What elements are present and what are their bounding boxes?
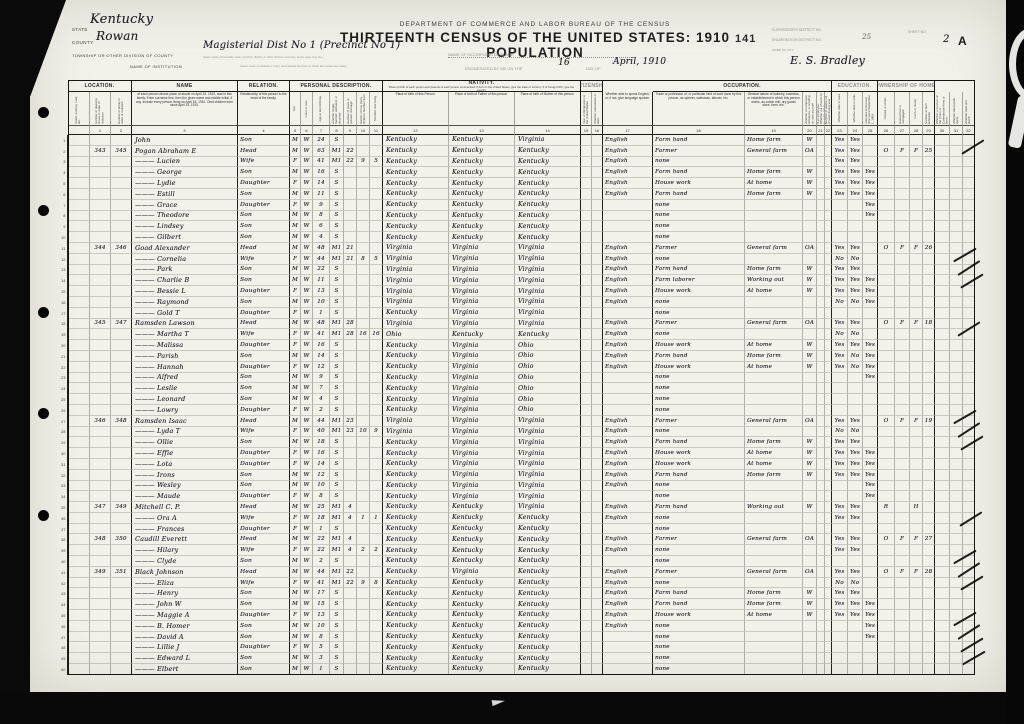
cell-farm_schedule: [923, 621, 935, 632]
cell-name: John: [132, 135, 238, 146]
census-row: 6——— EstillSonMW11SKentuckyKentuckyKentu…: [58, 189, 975, 200]
cell-deaf: [963, 481, 975, 492]
cell-relation: Son: [238, 481, 290, 492]
cell-dwelling: [90, 437, 111, 448]
cell-color: W: [301, 664, 313, 675]
cell-name: ——— Parish: [132, 351, 238, 362]
cell-free_mortgaged: F: [895, 243, 910, 254]
cell-sex: M: [290, 502, 301, 513]
cell-owned_rented: [878, 578, 895, 589]
col-number-weeks_out: 22: [825, 125, 832, 135]
cell-occupation: none: [653, 297, 745, 308]
cell-blind: [950, 211, 963, 222]
cell-occupation: none: [653, 200, 745, 211]
cell-name: ——— Lillie J: [132, 642, 238, 653]
cell-naturalized: [592, 394, 603, 405]
cell-name: ——— Park: [132, 265, 238, 276]
cell-out_of_work: [817, 534, 825, 545]
cell-weeks_out: [825, 502, 832, 513]
cell-family: [111, 254, 132, 265]
cell-children_born: [357, 502, 370, 513]
cell-farm_schedule: 27: [923, 534, 935, 545]
cell-civil_war: [935, 664, 950, 675]
cell-farm_house: F: [910, 243, 923, 254]
cell-family: [111, 437, 132, 448]
cell-birthplace: Kentucky: [383, 567, 449, 578]
cell-relation: Wife: [238, 329, 290, 340]
census-row: 7——— GraceDaughterFW9SKentuckyKentuckyKe…: [58, 200, 975, 211]
county-label: County: [72, 40, 93, 45]
cell-children_born: [357, 459, 370, 470]
cell-birthplace: Virginia: [383, 297, 449, 308]
cell-birthplace_father: Virginia: [449, 319, 515, 330]
cell-write: Yes: [848, 340, 863, 351]
cell-occupation: none: [653, 383, 745, 394]
cell-farm_schedule: [923, 178, 935, 189]
cell-marital: M1: [330, 243, 344, 254]
cell-naturalized: [592, 578, 603, 589]
cell-age: 41: [313, 578, 330, 589]
cell-sex: F: [290, 405, 301, 416]
census-row: 30——— EffieDaughterFW16SKentuckyVirginia…: [58, 448, 975, 459]
department-line: DEPARTMENT OF COMMERCE AND LABOR BUREAU …: [320, 21, 750, 28]
cell-years_married: [344, 362, 357, 373]
cell-lineno: 39: [58, 545, 68, 556]
cell-street: [68, 329, 90, 340]
cell-deaf: [963, 189, 975, 200]
cell-dwelling: [90, 588, 111, 599]
cell-blind: [950, 394, 963, 405]
col-header-owned_rented: Owned or rented: [878, 92, 895, 125]
cell-employment: W: [803, 459, 817, 470]
cell-dwelling: [90, 308, 111, 319]
cell-name: ——— Raymond: [132, 297, 238, 308]
cell-name: ——— Maggie A: [132, 610, 238, 621]
cell-sex: M: [290, 416, 301, 427]
cell-marital: S: [330, 470, 344, 481]
cell-family: [111, 232, 132, 243]
cell-farm_schedule: [923, 556, 935, 567]
cell-write: Yes: [848, 567, 863, 578]
cell-sex: M: [290, 275, 301, 286]
cell-street: [68, 405, 90, 416]
cell-deaf: [963, 534, 975, 545]
cell-years_married: [344, 275, 357, 286]
cell-owned_rented: [878, 664, 895, 675]
cell-birthplace_father: Virginia: [449, 383, 515, 394]
cell-birthplace_mother: Kentucky: [515, 599, 581, 610]
cell-occupation: Farm hand: [653, 265, 745, 276]
cell-employment: W: [803, 265, 817, 276]
cell-farm_house: F: [910, 416, 923, 427]
col-number-civil_war: 30: [935, 125, 950, 135]
cell-farm_house: [910, 340, 923, 351]
cell-birthplace_mother: Ohio: [515, 373, 581, 384]
cell-birthplace: Kentucky: [383, 232, 449, 243]
cell-employment: OA: [803, 416, 817, 427]
cell-immigration_year: [581, 200, 592, 211]
cell-civil_war: [935, 437, 950, 448]
cell-employment: [803, 308, 817, 319]
cell-birthplace: Kentucky: [383, 383, 449, 394]
cell-children_living: [370, 481, 383, 492]
col-header-english: Whether able to speak English; or, if no…: [603, 92, 653, 125]
cell-birthplace_father: Virginia: [449, 405, 515, 416]
cell-lineno: 30: [58, 448, 68, 459]
cell-deaf: [963, 297, 975, 308]
cell-english: English: [603, 588, 653, 599]
cell-employment: OA: [803, 146, 817, 157]
cell-dwelling: [90, 275, 111, 286]
cell-blind: [950, 437, 963, 448]
cell-children_living: [370, 308, 383, 319]
cell-free_mortgaged: [895, 286, 910, 297]
cell-weeks_out: [825, 437, 832, 448]
cell-weeks_out: [825, 632, 832, 643]
cell-deaf: [963, 459, 975, 470]
cell-marital: M1: [330, 427, 344, 438]
cell-years_married: [344, 200, 357, 211]
cell-school: Yes: [863, 211, 878, 222]
cell-free_mortgaged: F: [895, 146, 910, 157]
cell-occupation: Farmer: [653, 243, 745, 254]
cell-farm_house: [910, 610, 923, 621]
cell-naturalized: [592, 599, 603, 610]
cell-owned_rented: [878, 448, 895, 459]
cell-farm_house: [910, 642, 923, 653]
cell-civil_war: [935, 211, 950, 222]
cell-read: [832, 373, 848, 384]
cell-sex: M: [290, 297, 301, 308]
cell-naturalized: [592, 588, 603, 599]
cell-dwelling: [90, 167, 111, 178]
cell-english: English: [603, 189, 653, 200]
cell-sex: F: [290, 642, 301, 653]
cell-children_born: [357, 470, 370, 481]
cell-naturalized: [592, 135, 603, 146]
cell-out_of_work: [817, 621, 825, 632]
cell-years_married: 23: [344, 416, 357, 427]
cell-birthplace: Kentucky: [383, 610, 449, 621]
cell-industry: [745, 621, 803, 632]
cell-owned_rented: [878, 524, 895, 535]
census-row: 27346348Ramsden IsaacHeadMW44M123Virgini…: [58, 416, 975, 427]
cell-marital: S: [330, 437, 344, 448]
cell-birthplace_father: Kentucky: [449, 157, 515, 168]
census-row: 45——— Maggie ADaughterFW13SKentuckyKentu…: [58, 610, 975, 621]
cell-weeks_out: [825, 405, 832, 416]
cell-free_mortgaged: [895, 556, 910, 567]
cell-owned_rented: [878, 610, 895, 621]
cell-family: [111, 275, 132, 286]
cell-civil_war: [935, 232, 950, 243]
cell-free_mortgaged: [895, 610, 910, 621]
cell-children_living: [370, 211, 383, 222]
cell-write: [848, 200, 863, 211]
cell-street: [68, 243, 90, 254]
cell-out_of_work: [817, 254, 825, 265]
cell-dwelling: [90, 664, 111, 675]
cell-children_living: [370, 567, 383, 578]
cell-children_living: 1: [370, 513, 383, 524]
cell-lineno: 15: [58, 286, 68, 297]
cell-naturalized: [592, 642, 603, 653]
cell-occupation: none: [653, 394, 745, 405]
cell-marital: S: [330, 621, 344, 632]
cell-color: W: [301, 534, 313, 545]
stamp-mark: 141: [735, 33, 756, 45]
col-header-children_living: Number now living: [370, 92, 383, 125]
cell-color: W: [301, 265, 313, 276]
cell-free_mortgaged: [895, 459, 910, 470]
cell-years_married: [344, 556, 357, 567]
cell-relation: Son: [238, 211, 290, 222]
cell-sex: M: [290, 556, 301, 567]
cell-relation: Wife: [238, 254, 290, 265]
cell-dwelling: [90, 200, 111, 211]
cell-weeks_out: [825, 394, 832, 405]
cell-industry: General farm: [745, 534, 803, 545]
cell-color: W: [301, 308, 313, 319]
cell-owned_rented: O: [878, 319, 895, 330]
cell-birthplace: Kentucky: [383, 362, 449, 373]
cell-color: W: [301, 243, 313, 254]
cell-birthplace: Kentucky: [383, 481, 449, 492]
cell-english: English: [603, 470, 653, 481]
cell-immigration_year: [581, 146, 592, 157]
cell-children_living: [370, 351, 383, 362]
col-header-years_married: Number of years of present marriage: [344, 92, 357, 125]
cell-farm_house: [910, 200, 923, 211]
cell-dwelling: [90, 211, 111, 222]
cell-school: Yes: [863, 362, 878, 373]
cell-children_living: [370, 362, 383, 373]
cell-dwelling: [90, 642, 111, 653]
cell-weeks_out: [825, 329, 832, 340]
cell-sex: F: [290, 362, 301, 373]
cell-farm_schedule: [923, 632, 935, 643]
cell-employment: [803, 211, 817, 222]
cell-out_of_work: [817, 545, 825, 556]
cell-english: [603, 524, 653, 535]
cell-school: Yes: [863, 632, 878, 643]
cell-birthplace_mother: Ohio: [515, 383, 581, 394]
cell-deaf: [963, 373, 975, 384]
col-header-civil_war: Whether a survivor of the Union or Confe…: [935, 92, 950, 125]
cell-out_of_work: [817, 221, 825, 232]
cell-birthplace_mother: Virginia: [515, 297, 581, 308]
cell-deaf: [963, 232, 975, 243]
cell-birthplace_mother: Kentucky: [515, 232, 581, 243]
cell-lineno: 22: [58, 362, 68, 373]
cell-lineno: 2: [58, 146, 68, 157]
cell-age: 12: [313, 362, 330, 373]
cell-farm_schedule: [923, 157, 935, 168]
cell-birthplace: Kentucky: [383, 491, 449, 502]
cell-color: W: [301, 362, 313, 373]
col-header-out_of_work: If an employee: Whether out of work on A…: [817, 92, 825, 125]
cell-read: Yes: [832, 157, 848, 168]
group-occupation: OCCUPATION.: [653, 80, 832, 92]
cell-years_married: [344, 394, 357, 405]
cell-children_born: [357, 135, 370, 146]
cell-industry: General farm: [745, 319, 803, 330]
cell-relation: Son: [238, 470, 290, 481]
cell-industry: [745, 200, 803, 211]
cell-deaf: [963, 599, 975, 610]
cell-farm_house: [910, 362, 923, 373]
ward-label: Ward of city: [772, 48, 794, 52]
cell-farm_house: [910, 481, 923, 492]
group-name: NAME: [132, 80, 238, 92]
cell-employment: W: [803, 189, 817, 200]
cell-civil_war: [935, 405, 950, 416]
cell-blind: [950, 157, 963, 168]
cell-industry: Home farm: [745, 588, 803, 599]
cell-marital: M1: [330, 578, 344, 589]
cell-english: English: [603, 599, 653, 610]
cell-lineno: 46: [58, 621, 68, 632]
cell-school: [863, 545, 878, 556]
cell-industry: General farm: [745, 243, 803, 254]
cell-industry: Home farm: [745, 135, 803, 146]
cell-marital: M1: [330, 502, 344, 513]
col-header-children_born: Mother of how many children: Number born: [357, 92, 370, 125]
cell-occupation: Farmer: [653, 416, 745, 427]
col-number-children_living: 11: [370, 125, 383, 135]
group-ownership-of-home: OWNERSHIP OF HOME.: [878, 80, 935, 92]
cell-immigration_year: [581, 448, 592, 459]
cell-lineno: 20: [58, 340, 68, 351]
cell-name: ——— Wesley: [132, 481, 238, 492]
cell-school: [863, 664, 878, 675]
cell-birthplace_mother: Ohio: [515, 362, 581, 373]
cell-sex: M: [290, 632, 301, 643]
cell-civil_war: [935, 459, 950, 470]
cell-years_married: [344, 167, 357, 178]
cell-age: 25: [313, 502, 330, 513]
cell-occupation: House work: [653, 610, 745, 621]
cell-write: [848, 308, 863, 319]
col-number-children_born: 10: [357, 125, 370, 135]
cell-weeks_out: [825, 243, 832, 254]
cell-relation: Daughter: [238, 448, 290, 459]
cell-owned_rented: [878, 513, 895, 524]
cell-free_mortgaged: [895, 275, 910, 286]
cell-english: [603, 491, 653, 502]
cell-marital: M1: [330, 319, 344, 330]
cell-name: Pogan Abraham E: [132, 146, 238, 157]
cell-years_married: [344, 621, 357, 632]
cell-age: 22: [313, 545, 330, 556]
cell-lineno: 27: [58, 416, 68, 427]
cell-write: Yes: [848, 599, 863, 610]
cell-years_married: [344, 178, 357, 189]
col-header-street: Street, avenue, road, etc.: [68, 92, 90, 125]
cell-farm_schedule: 19: [923, 416, 935, 427]
cell-lineno: 9: [58, 221, 68, 232]
cell-family: 350: [111, 534, 132, 545]
cell-school: [863, 232, 878, 243]
cell-write: [848, 211, 863, 222]
cell-weeks_out: [825, 297, 832, 308]
sheet-number-value: 2: [943, 34, 950, 45]
cell-immigration_year: [581, 437, 592, 448]
col-header-industry: General nature of industry, business, or…: [745, 92, 803, 125]
cell-naturalized: [592, 632, 603, 643]
cell-family: 346: [111, 243, 132, 254]
cell-relation: Daughter: [238, 362, 290, 373]
col-header-weeks_out: Number of weeks out of work during year …: [825, 92, 832, 125]
cell-farm_house: [910, 275, 923, 286]
cell-employment: W: [803, 135, 817, 146]
cell-english: [603, 632, 653, 643]
cell-out_of_work: [817, 664, 825, 675]
cell-birthplace_mother: Kentucky: [515, 200, 581, 211]
cell-industry: Home farm: [745, 599, 803, 610]
cell-children_living: 2: [370, 545, 383, 556]
cell-immigration_year: [581, 340, 592, 351]
cell-street: [68, 362, 90, 373]
cell-family: [111, 545, 132, 556]
cell-lineno: 25: [58, 394, 68, 405]
cell-birthplace_mother: Virginia: [515, 416, 581, 427]
cell-weeks_out: [825, 588, 832, 599]
cell-children_born: [357, 178, 370, 189]
cell-school: [863, 502, 878, 513]
cell-farm_house: F: [910, 146, 923, 157]
cell-blind: [950, 275, 963, 286]
cell-children_living: [370, 534, 383, 545]
cell-employment: W: [803, 502, 817, 513]
cell-occupation: none: [653, 491, 745, 502]
cell-age: 2: [313, 405, 330, 416]
cell-farm_schedule: [923, 588, 935, 599]
cell-immigration_year: [581, 394, 592, 405]
col-header-family: Number of family in order of visitation: [111, 92, 132, 125]
col-number-farm_house: 28: [910, 125, 923, 135]
cell-street: [68, 642, 90, 653]
cell-sex: F: [290, 427, 301, 438]
cell-farm_house: H: [910, 502, 923, 513]
cell-years_married: 22: [344, 157, 357, 168]
cell-english: English: [603, 319, 653, 330]
cell-relation: Daughter: [238, 178, 290, 189]
cell-relation: Head: [238, 534, 290, 545]
cell-employment: W: [803, 286, 817, 297]
cell-immigration_year: [581, 221, 592, 232]
cell-english: English: [603, 534, 653, 545]
cell-children_born: [357, 189, 370, 200]
cell-children_living: [370, 221, 383, 232]
cell-naturalized: [592, 254, 603, 265]
cell-children_born: [357, 653, 370, 664]
cell-age: 14: [313, 459, 330, 470]
cell-school: [863, 146, 878, 157]
cell-weeks_out: [825, 178, 832, 189]
cell-sex: F: [290, 578, 301, 589]
cell-lineno: 50: [58, 664, 68, 675]
census-row: 32——— IronsSonMW12SKentuckyVirginiaVirgi…: [58, 470, 975, 481]
cell-birthplace_father: Kentucky: [449, 232, 515, 243]
cell-free_mortgaged: F: [895, 416, 910, 427]
cell-employment: OA: [803, 534, 817, 545]
cell-immigration_year: [581, 383, 592, 394]
cell-industry: [745, 653, 803, 664]
cell-marital: S: [330, 275, 344, 286]
cell-sex: F: [290, 545, 301, 556]
census-row: 40——— ClydeSonMW2SKentuckyKentuckyKentuc…: [58, 556, 975, 567]
